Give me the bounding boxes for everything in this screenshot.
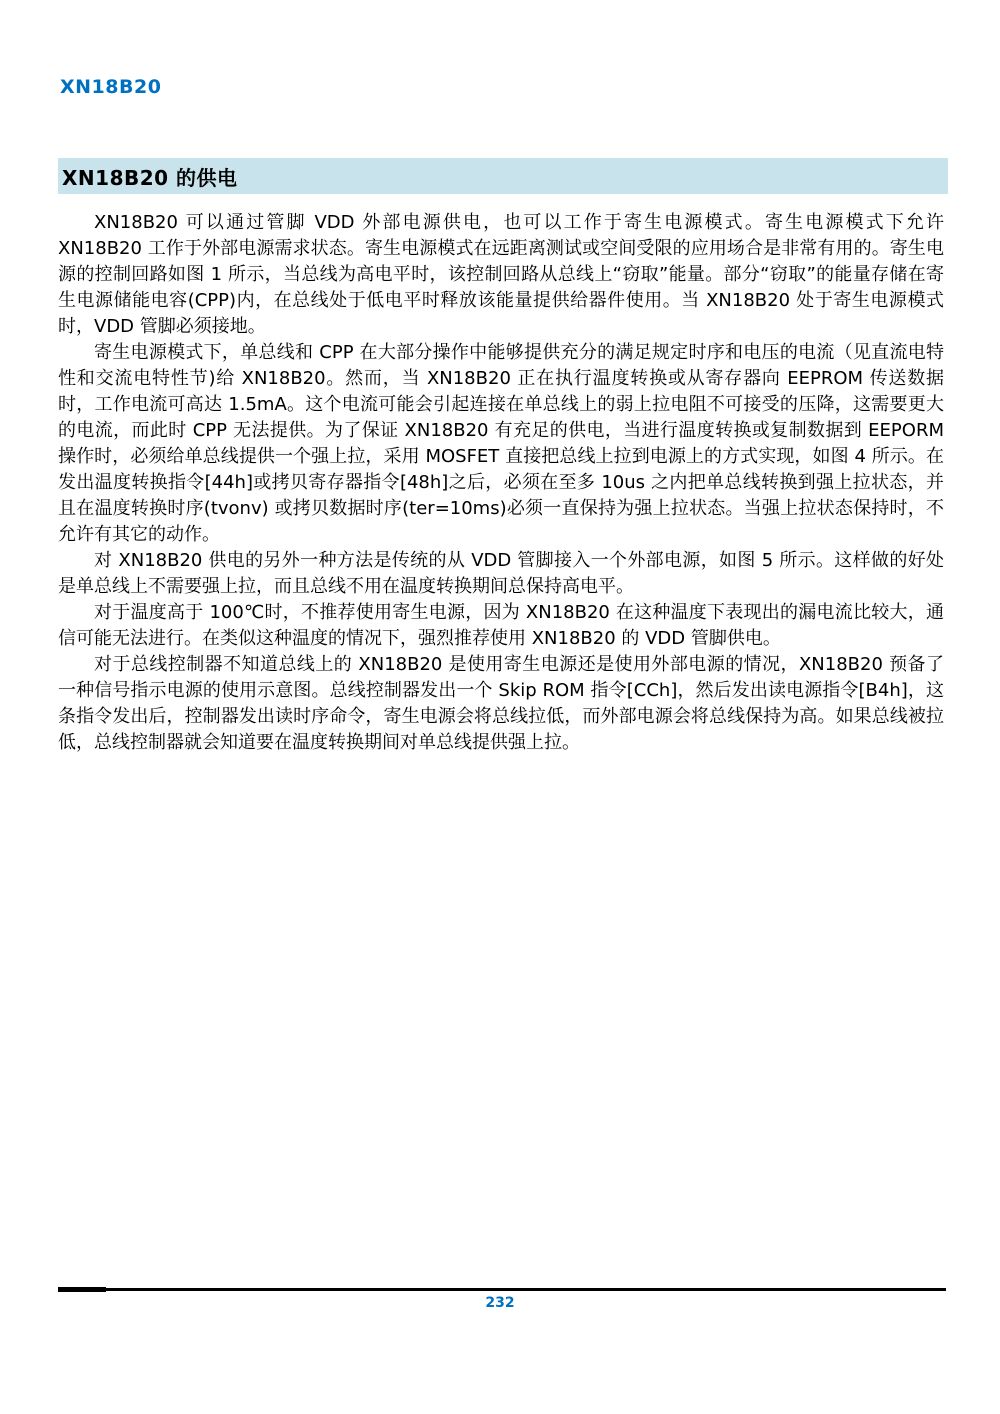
section-header-bar: XN18B20 的供电	[58, 158, 948, 194]
body-paragraph: 对于温度高于 100℃时，不推荐使用寄生电源，因为 XN18B20 在这种温度下…	[58, 600, 944, 652]
body-paragraph: 对于总线控制器不知道总线上的 XN18B20 是使用寄生电源还是使用外部电源的情…	[58, 652, 944, 756]
body-paragraph: XN18B20 可以通过管脚 VDD 外部电源供电，也可以工作于寄生电源模式。寄…	[58, 210, 944, 340]
body-paragraph: 寄生电源模式下，单总线和 CPP 在大部分操作中能够提供充分的满足规定时序和电压…	[58, 340, 944, 548]
body-text-block: XN18B20 可以通过管脚 VDD 外部电源供电，也可以工作于寄生电源模式。寄…	[58, 210, 944, 756]
footer-divider-thick-segment	[58, 1287, 106, 1292]
document-title: XN18B20	[60, 76, 161, 98]
body-paragraph: 对 XN18B20 供电的另外一种方法是传统的从 VDD 管脚接入一个外部电源，…	[58, 548, 944, 600]
footer-divider-line	[58, 1288, 946, 1291]
page-number: 232	[0, 1295, 1000, 1311]
datasheet-page: XN18B20 XN18B20 的供电 XN18B20 可以通过管脚 VDD 外…	[0, 0, 1000, 1414]
section-title: XN18B20 的供电	[58, 162, 238, 191]
